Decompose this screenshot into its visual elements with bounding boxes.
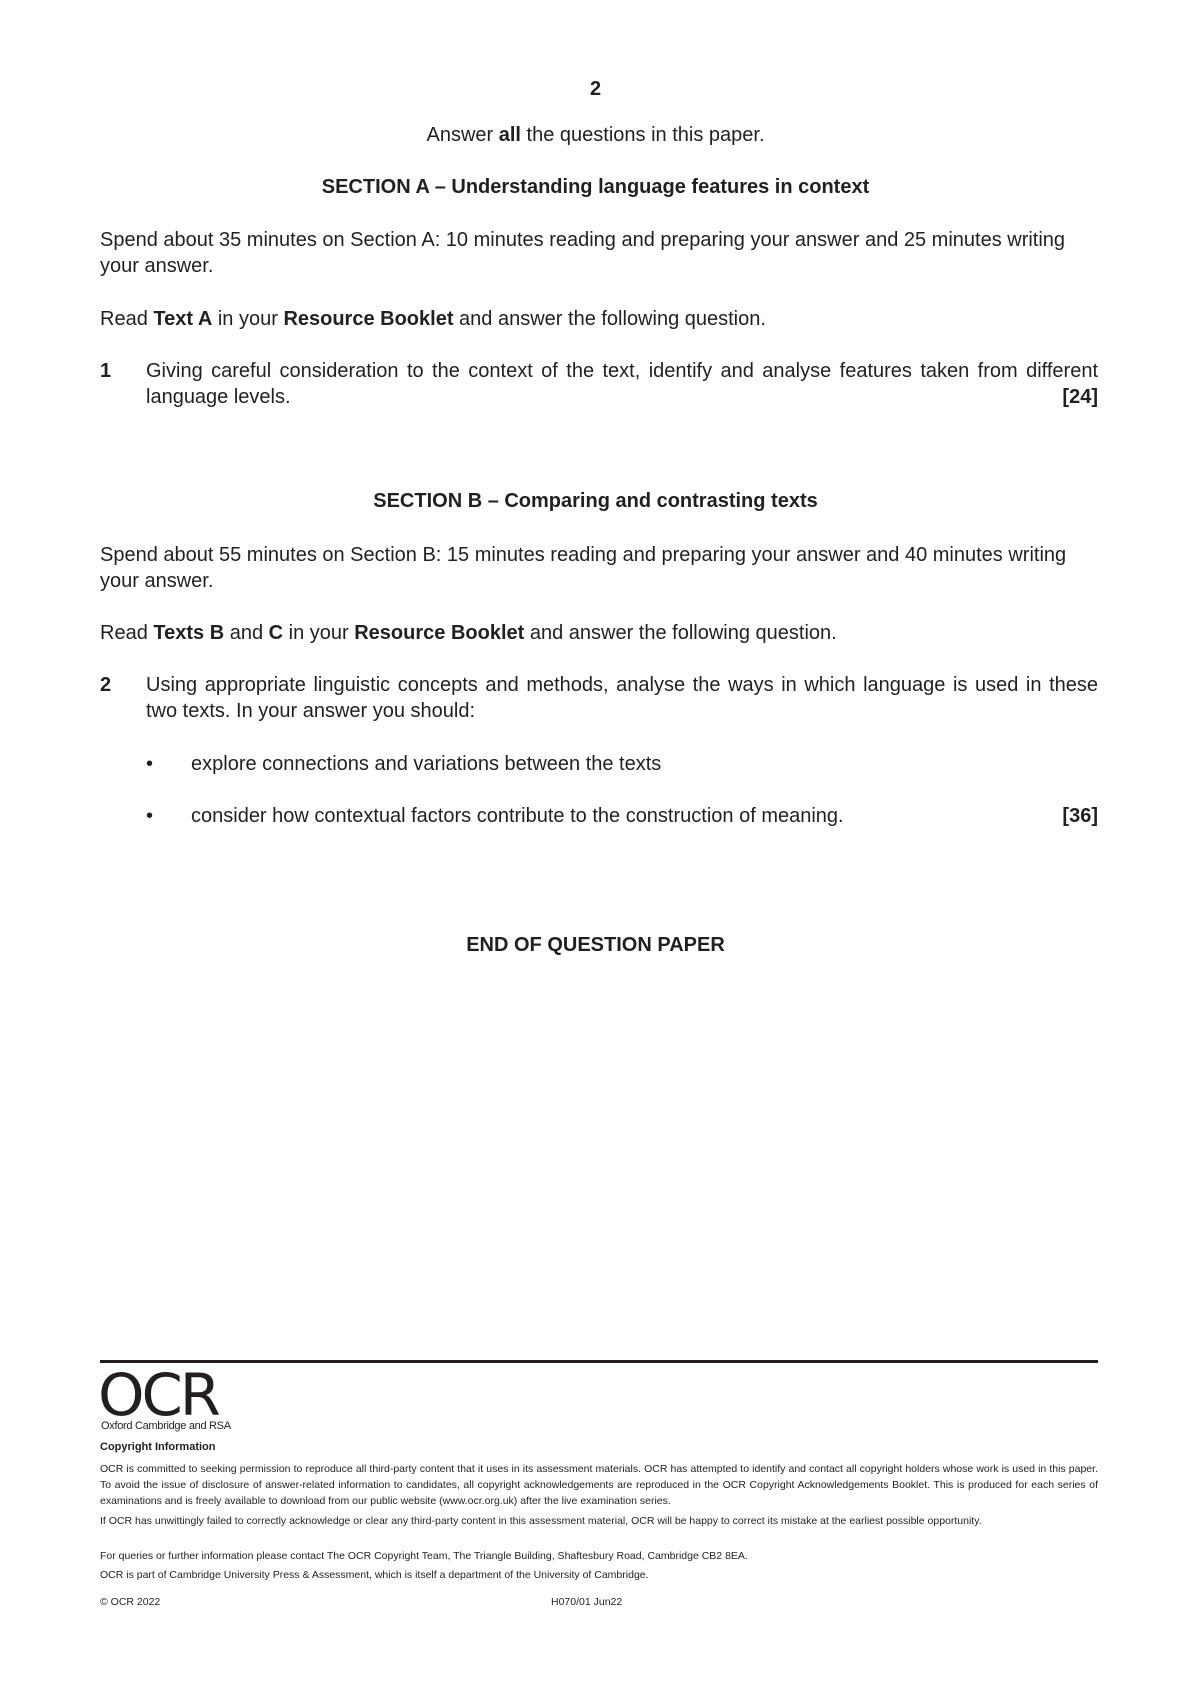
section-a-read: Read Text A in your Resource Booklet and… — [100, 306, 1098, 332]
question-2-bullet-2: consider how contextual factors contribu… — [191, 803, 844, 829]
paper-code: H070/01 Jun22 — [551, 1596, 622, 1608]
text: Read — [100, 308, 153, 330]
question-1-text: Giving careful consideration to the cont… — [146, 358, 1098, 410]
copyright-paragraph-1: OCR is committed to seeking permission t… — [100, 1461, 1098, 1509]
text: Read — [100, 622, 153, 644]
text: and answer the following question. — [524, 622, 836, 644]
page-number: 2 — [0, 78, 1191, 101]
question-1-number: 1 — [100, 358, 111, 384]
section-b-heading: SECTION B – Comparing and contrasting te… — [0, 490, 1191, 513]
text-bold: C — [269, 622, 283, 644]
footer-divider — [100, 1360, 1098, 1363]
copyright-title: Copyright Information — [100, 1441, 216, 1453]
instruction-suffix: the questions in this paper. — [521, 124, 765, 146]
bullet-icon: • — [146, 803, 153, 829]
ocr-logo: OCR — [98, 1366, 218, 1424]
text: in your — [212, 308, 283, 330]
section-a-heading: SECTION A – Understanding language featu… — [0, 176, 1191, 199]
text-bold: Resource Booklet — [283, 308, 453, 330]
question-1-marks: [24] — [1062, 384, 1098, 410]
ocr-logo-subtitle: Oxford Cambridge and RSA — [101, 1420, 231, 1432]
question-2-number: 2 — [100, 672, 111, 698]
section-b-read: Read Texts B and C in your Resource Book… — [100, 620, 1098, 646]
question-2-marks: [36] — [1062, 803, 1098, 829]
bullet-icon: • — [146, 751, 153, 777]
instruction: Answer all the questions in this paper. — [0, 124, 1191, 147]
text: in your — [283, 622, 354, 644]
copyright-paragraph-2: If OCR has unwittingly failed to correct… — [100, 1513, 1098, 1529]
instruction-prefix: Answer — [427, 124, 499, 146]
question-2-text: Using appropriate linguistic concepts an… — [146, 672, 1098, 724]
question-2-bullet-1: explore connections and variations betwe… — [191, 751, 661, 777]
copyright-notice: © OCR 2022 — [100, 1596, 160, 1608]
text-bold: Text A — [153, 308, 212, 330]
end-of-paper: END OF QUESTION PAPER — [0, 934, 1191, 957]
text-bold: Resource Booklet — [354, 622, 524, 644]
text: and — [224, 622, 268, 644]
text-bold: Texts B — [153, 622, 224, 644]
instruction-bold: all — [499, 124, 521, 146]
section-a-timing: Spend about 35 minutes on Section A: 10 … — [100, 227, 1098, 279]
text: and answer the following question. — [454, 308, 766, 330]
copyright-paragraph-4: OCR is part of Cambridge University Pres… — [100, 1567, 1098, 1583]
section-b-timing: Spend about 55 minutes on Section B: 15 … — [100, 542, 1098, 594]
copyright-paragraph-3: For queries or further information pleas… — [100, 1548, 1098, 1564]
